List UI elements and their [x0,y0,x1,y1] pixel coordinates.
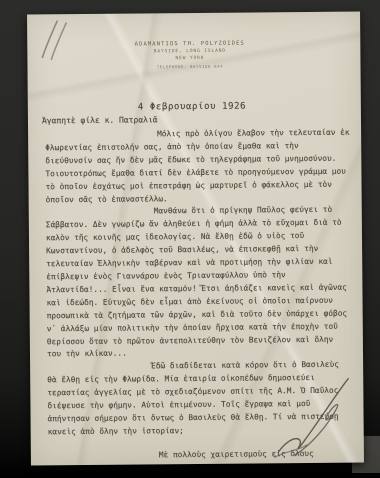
letter-salutation: Ἀγαπητὲ φίλε κ. Πατραλιᾶ [42,115,158,125]
letterhead-address-line2: NEW YORK [27,55,352,63]
letter-paragraph-2: Μανθάνω ὅτι ὁ πρίγκηψ Παῦλος φεύγει τὸ Σ… [46,204,352,362]
letter-paragraph-1: Μόλις πρὸ ὀλίγου ἔλαβον τὴν τελευταίαν ἐ… [45,127,351,207]
scanned-letter-background: ADAMANTIOS TH. POLYZOIDES BAYSIDE, LONG … [0,0,380,478]
signature-scribble [270,371,363,460]
letterhead-telephone: TELEPHONE: BAYSIDE 644 [27,63,352,71]
letter-page: ADAMANTIOS TH. POLYZOIDES BAYSIDE, LONG … [27,12,364,466]
letterhead: ADAMANTIOS TH. POLYZOIDES BAYSIDE, LONG … [27,40,352,71]
letter-date: 4 Φεβρουαρίου 1926 [138,102,246,113]
